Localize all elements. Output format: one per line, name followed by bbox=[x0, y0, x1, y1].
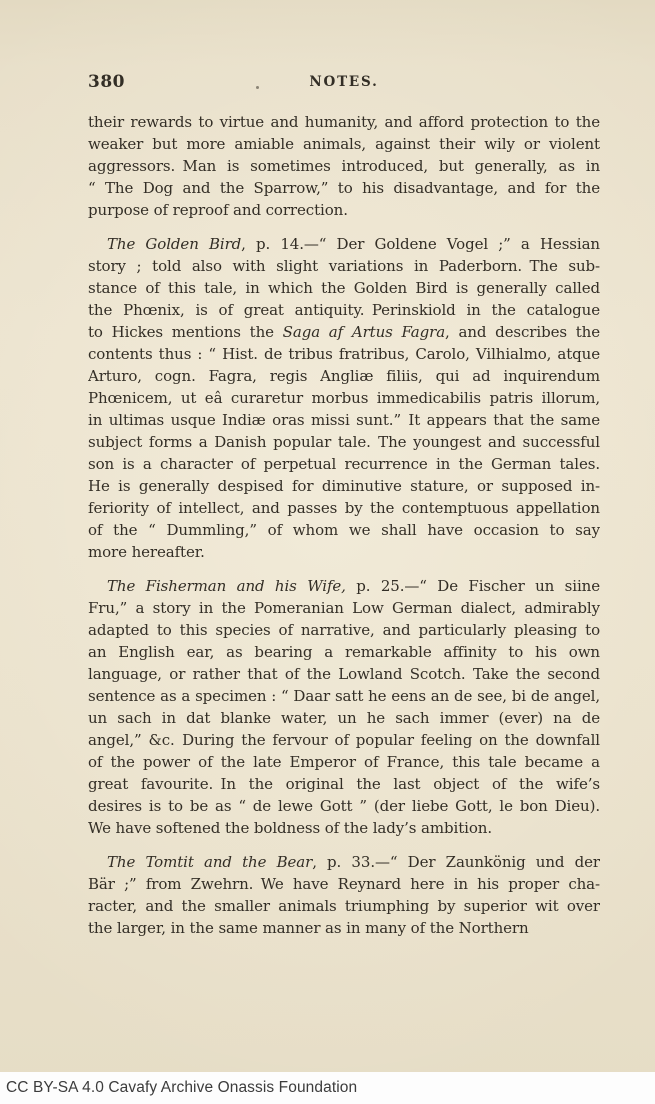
text-line: the Phœnix, is of great antiquity. Perin… bbox=[88, 299, 600, 321]
text-line: “ The Dog and the Sparrow,” to his disad… bbox=[88, 177, 600, 199]
text-line: Phœnicem, ut eâ curaretur morbus immedic… bbox=[88, 387, 600, 409]
text-line: more hereafter. bbox=[88, 541, 600, 563]
running-header: 380 NOTES. bbox=[88, 72, 600, 92]
text-line: contents thus : “ Hist. de tribus fratri… bbox=[88, 343, 600, 365]
text-line: great favourite. In the original the las… bbox=[88, 773, 600, 795]
text-line: desires is to be as “ de lewe Gott ” (de… bbox=[88, 795, 600, 817]
text-line: He is generally despised for diminutive … bbox=[88, 475, 600, 497]
text-line: un sach in dat blanke water, un he sach … bbox=[88, 707, 600, 729]
text-line: feriority of intellect, and passes by th… bbox=[88, 497, 600, 519]
text-line: purpose of reproof and correction. bbox=[88, 199, 600, 221]
text-line: to Hickes mentions the Saga af Artus Fag… bbox=[88, 321, 600, 343]
paragraph: The Golden Bird, p. 14.—“ Der Goldene Vo… bbox=[88, 233, 600, 563]
text-line: The Fisherman and his Wife, p. 25.—“ De … bbox=[88, 575, 600, 597]
text-line: Arturo, cogn. Fagra, regis Angliæ filiis… bbox=[88, 365, 600, 387]
text-line: their rewards to virtue and humanity, an… bbox=[88, 111, 600, 133]
text-line: We have softened the boldness of the lad… bbox=[88, 817, 600, 839]
license-text: CC BY-SA 4.0 Cavafy Archive Onassis Foun… bbox=[0, 1079, 357, 1097]
text-line: Fru,” a story in the Pomeranian Low Germ… bbox=[88, 597, 600, 619]
text-line: weaker but more amiable animals, against… bbox=[88, 133, 600, 155]
text-line: of the “ Dummling,” of whom we shall hav… bbox=[88, 519, 600, 541]
text-line: son is a character of perpetual recurren… bbox=[88, 453, 600, 475]
text-line: an English ear, as bearing a remarkable … bbox=[88, 641, 600, 663]
license-bar: CC BY-SA 4.0 Cavafy Archive Onassis Foun… bbox=[0, 1072, 655, 1104]
text-line: in ultimas usque Indiæ oras missi sunt.”… bbox=[88, 409, 600, 431]
text-line: adapted to this species of narrative, an… bbox=[88, 619, 600, 641]
text-line: aggressors. Man is sometimes introduced,… bbox=[88, 155, 600, 177]
text-block: their rewards to virtue and humanity, an… bbox=[88, 111, 600, 939]
text-line: story ; told also with slight variations… bbox=[88, 255, 600, 277]
text-line: racter, and the smaller animals triumphi… bbox=[88, 895, 600, 917]
text-line: language, or rather that of the Lowland … bbox=[88, 663, 600, 685]
paper-speck bbox=[256, 86, 259, 89]
text-line: angel,” &c. During the fervour of popula… bbox=[88, 729, 600, 751]
paragraph: The Tomtit and the Bear, p. 33.—“ Der Za… bbox=[88, 851, 600, 939]
text-line: The Golden Bird, p. 14.—“ Der Goldene Vo… bbox=[88, 233, 600, 255]
book-page-scan: 380 NOTES. their rewards to virtue and h… bbox=[0, 0, 655, 1104]
page-title: NOTES. bbox=[88, 74, 600, 90]
text-line: subject forms a Danish popular tale. The… bbox=[88, 431, 600, 453]
paragraph: their rewards to virtue and humanity, an… bbox=[88, 111, 600, 221]
text-line: of the power of the late Emperor of Fran… bbox=[88, 751, 600, 773]
text-line: sentence as a specimen : “ Daar satt he … bbox=[88, 685, 600, 707]
paragraph: The Fisherman and his Wife, p. 25.—“ De … bbox=[88, 575, 600, 839]
text-line: The Tomtit and the Bear, p. 33.—“ Der Za… bbox=[88, 851, 600, 873]
text-line: stance of this tale, in which the Golden… bbox=[88, 277, 600, 299]
text-line: Bär ;” from Zwehrn. We have Reynard here… bbox=[88, 873, 600, 895]
text-line: the larger, in the same manner as in man… bbox=[88, 917, 600, 939]
